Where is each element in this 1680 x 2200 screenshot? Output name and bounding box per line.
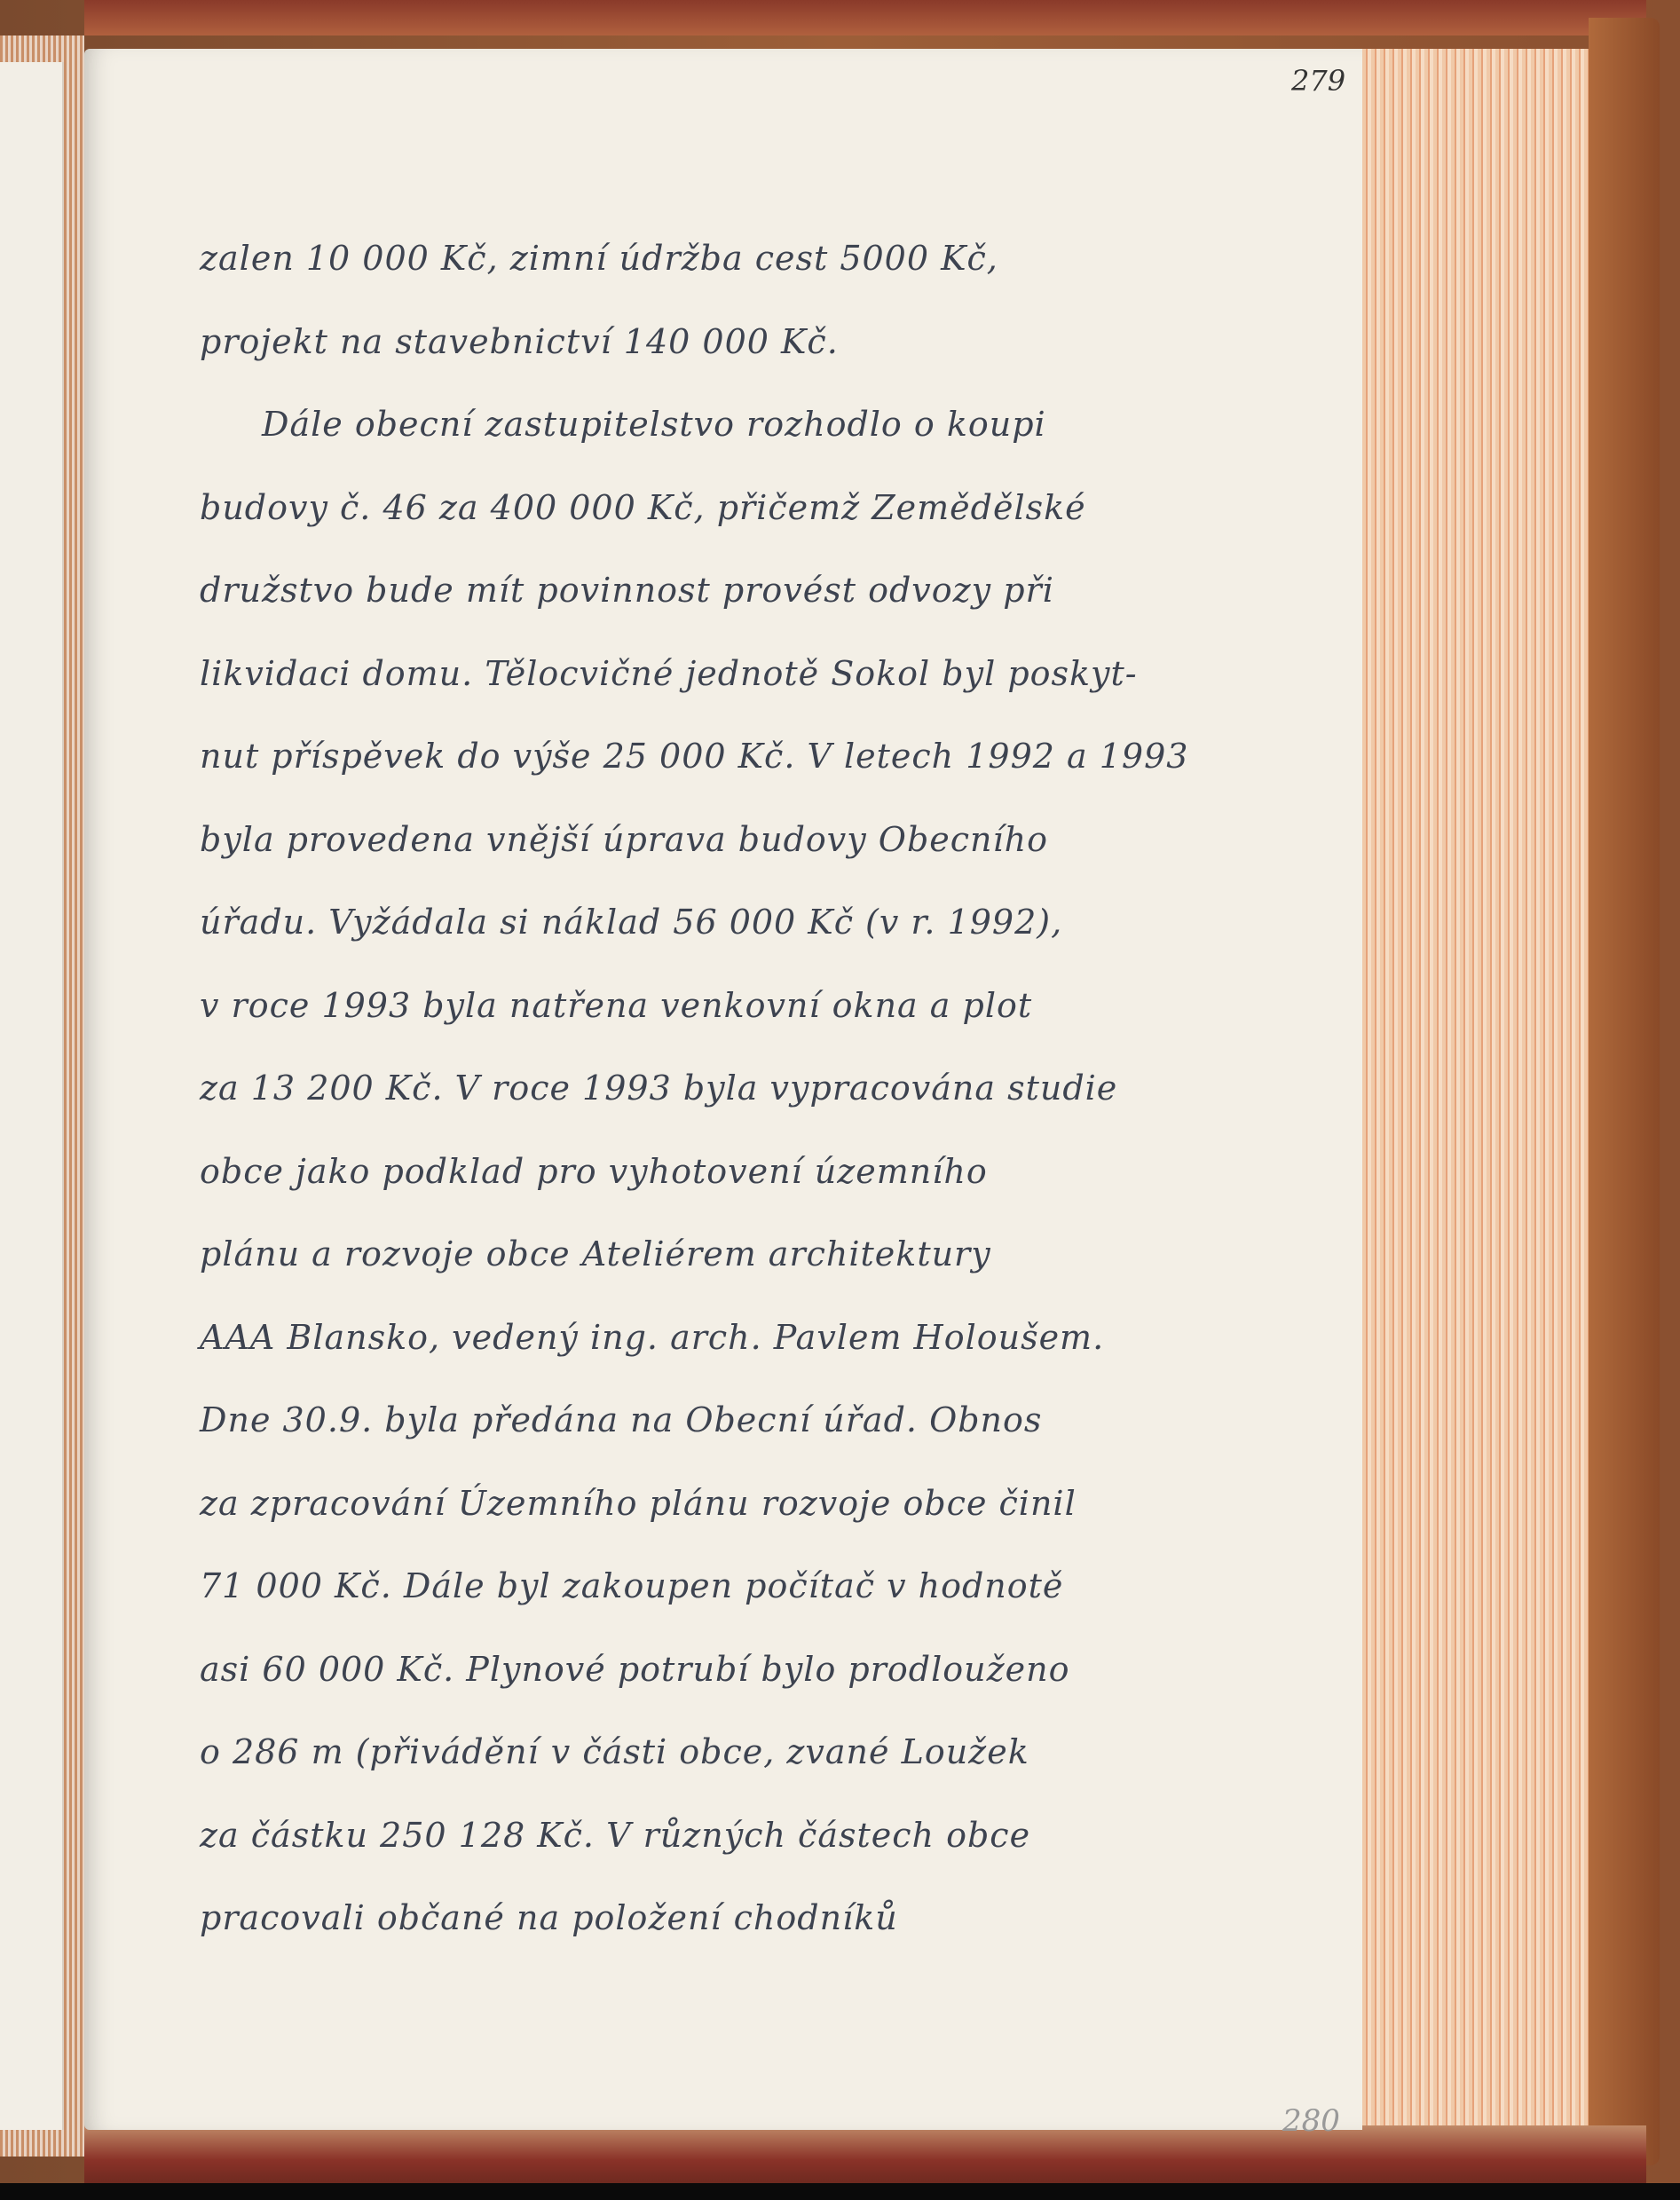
text-line: Dne 30.9. byla předána na Obecní úřad. O… [200, 1379, 1265, 1463]
book-spine-bottom [84, 2125, 1646, 2183]
text-line: za 13 200 Kč. V roce 1993 byla vypracová… [200, 1047, 1265, 1131]
text-line: obce jako podklad pro vyhotovení územníh… [200, 1131, 1265, 1214]
text-line: pracovali občané na položení chodníků [200, 1877, 1265, 1960]
back-cover [1589, 18, 1660, 2165]
folio-mark: 280 [1282, 2103, 1340, 2139]
text-line: byla provedena vnější úprava budovy Obec… [200, 799, 1265, 882]
text-line: družstvo bude mít povinnost provést odvo… [200, 549, 1265, 633]
text-line: za částku 250 128 Kč. V různých částech … [200, 1794, 1265, 1878]
text-line: Dále obecní zastupitelstvo rozhodlo o ko… [200, 383, 1265, 467]
text-line: nut příspěvek do výše 25 000 Kč. V letec… [200, 715, 1265, 799]
handwritten-text: zalen 10 000 Kč, zimní údržba cest 5000 … [200, 217, 1265, 1960]
book-spine-top [84, 0, 1646, 35]
text-line: plánu a rozvoje obce Ateliérem architekt… [200, 1213, 1265, 1297]
page-number: 279 [1291, 64, 1345, 98]
text-line: AAA Blansko, vedený ing. arch. Pavlem Ho… [200, 1297, 1265, 1380]
text-line: za zpracování Územního plánu rozvoje obc… [200, 1463, 1265, 1546]
left-page [0, 62, 64, 2130]
text-line: v roce 1993 byla natřena venkovní okna a… [200, 965, 1265, 1048]
text-line: 71 000 Kč. Dále byl zakoupen počítač v h… [200, 1545, 1265, 1628]
text-line: úřadu. Vyžádala si náklad 56 000 Kč (v r… [200, 881, 1265, 965]
text-line: o 286 m (přivádění v části obce, zvané L… [200, 1711, 1265, 1794]
text-line: zalen 10 000 Kč, zimní údržba cest 5000 … [200, 217, 1265, 301]
text-line: likvidaci domu. Tělocvičné jednotě Sokol… [200, 633, 1265, 716]
page-edges [1362, 49, 1589, 2130]
text-line: projekt na stavebnictví 140 000 Kč. [200, 301, 1265, 384]
text-line: budovy č. 46 za 400 000 Kč, přičemž Země… [200, 467, 1265, 550]
text-line: asi 60 000 Kč. Plynové potrubí bylo prod… [200, 1628, 1265, 1712]
